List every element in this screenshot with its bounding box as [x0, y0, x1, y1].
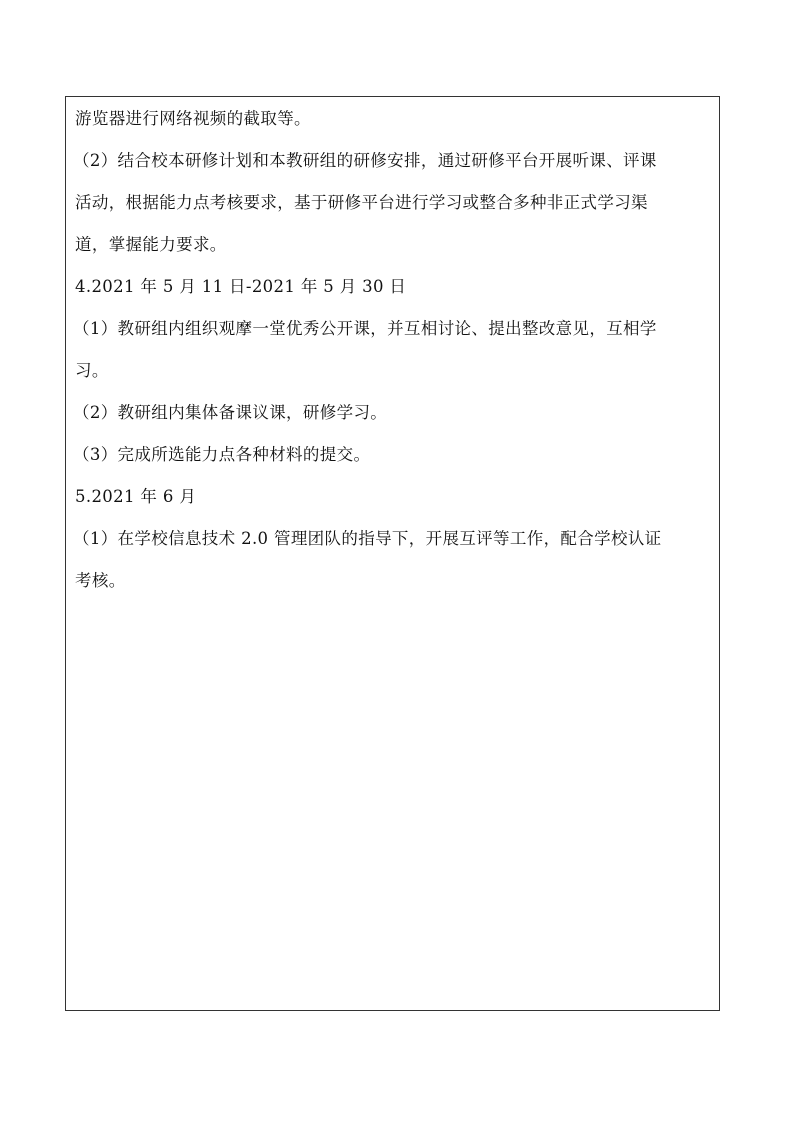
text-line: 活动，根据能力点考核要求，基于研修平台进行学习或整合多种非正式学习渠	[75, 190, 713, 232]
text-line: 游览器进行网络视频的截取等。	[75, 106, 713, 148]
document-table-cell: 游览器进行网络视频的截取等。 （2）结合校本研修计划和本教研组的研修安排，通过研…	[65, 96, 720, 1011]
text-line: （1）教研组内组织观摩一堂优秀公开课，并互相讨论、提出整改意见，互相学	[73, 316, 713, 358]
text-line: （2）教研组内集体备课议课，研修学习。	[73, 400, 713, 442]
text-line: （3）完成所选能力点各种材料的提交。	[73, 442, 713, 484]
text-line: 道，掌握能力要求。	[75, 232, 713, 274]
text-line: （2）结合校本研修计划和本教研组的研修安排，通过研修平台开展听课、评课	[73, 148, 713, 190]
section-heading: 4.2021 年 5 月 11 日-2021 年 5 月 30 日	[75, 274, 713, 316]
section-heading: 5.2021 年 6 月	[75, 484, 713, 526]
text-line: （1）在学校信息技术 2.0 管理团队的指导下，开展互评等工作，配合学校认证	[73, 526, 713, 568]
document-body: 游览器进行网络视频的截取等。 （2）结合校本研修计划和本教研组的研修安排，通过研…	[75, 106, 713, 610]
text-line: 习。	[75, 358, 713, 400]
text-line: 考核。	[75, 568, 713, 610]
